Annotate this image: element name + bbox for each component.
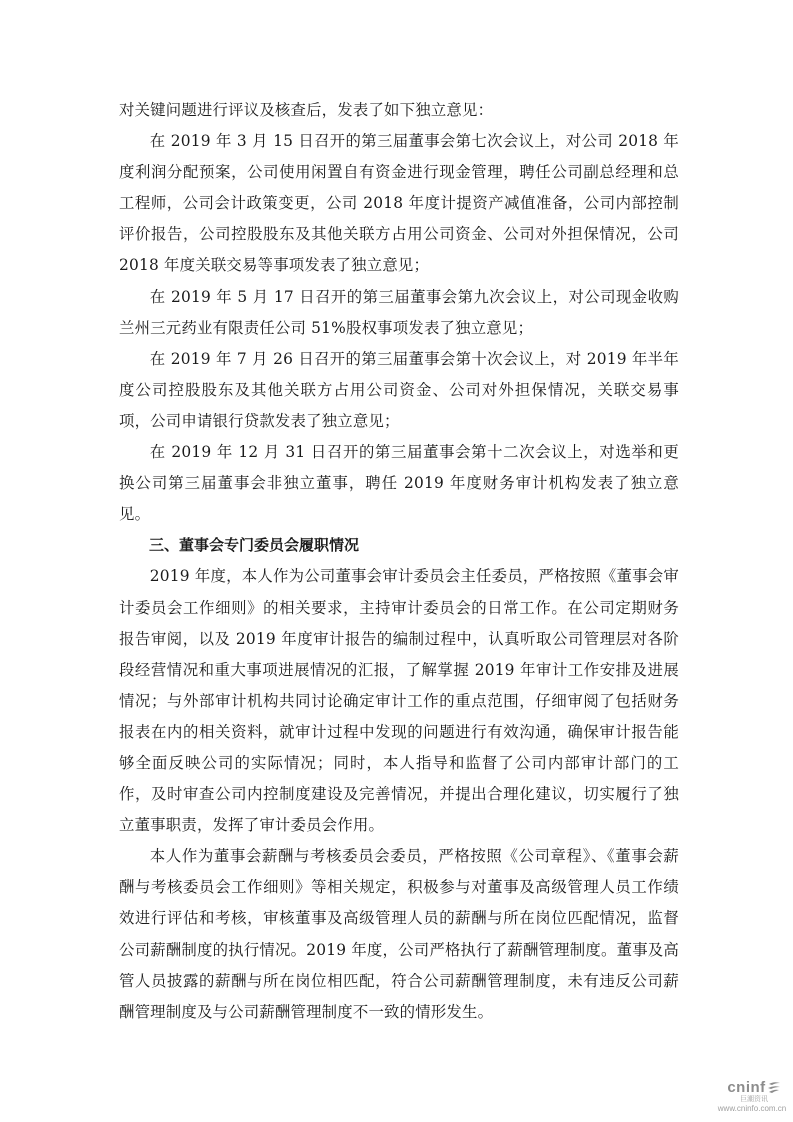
logo-url: www.cninfo.com.cn — [714, 1104, 790, 1114]
document-page: 对关键问题进行评议及核查后，发表了如下独立意见： 在 2019 年 3 月 15… — [119, 95, 679, 1028]
logo-brand-text: cninf — [727, 1079, 765, 1096]
cninfo-watermark: cninf 巨潮资讯 www.cninfo.com.cn — [718, 1080, 790, 1114]
paragraph-meeting-december: 在 2019 年 12 月 31 日召开的第三届董事会第十二次会议上，对选举和更… — [119, 437, 679, 530]
paragraph-audit-committee: 2019 年度，本人作为公司董事会审计委员会主任委员，严格按照《董事会审计委员会… — [119, 561, 679, 841]
section-heading: 三、董事会专门委员会履职情况 — [119, 530, 679, 561]
logo-chinese-name: 巨潮资讯 — [718, 1095, 790, 1104]
paragraph-continuation: 对关键问题进行评议及核查后，发表了如下独立意见： — [119, 95, 679, 126]
paragraph-meeting-march: 在 2019 年 3 月 15 日召开的第三届董事会第七次会议上，对公司 201… — [119, 126, 679, 281]
cninfo-swirl-icon — [767, 1081, 781, 1093]
paragraph-meeting-may: 在 2019 年 5 月 17 日召开的第三届董事会第九次会议上，对公司现金收购… — [119, 282, 679, 344]
paragraph-meeting-july: 在 2019 年 7 月 26 日召开的第三届董事会第十次会议上，对 2019 … — [119, 344, 679, 437]
paragraph-remuneration-committee: 本人作为董事会薪酬与考核委员会委员，严格按照《公司章程》、《董事会薪酬与考核委员… — [119, 841, 679, 1028]
logo-brand: cninf — [718, 1080, 790, 1095]
